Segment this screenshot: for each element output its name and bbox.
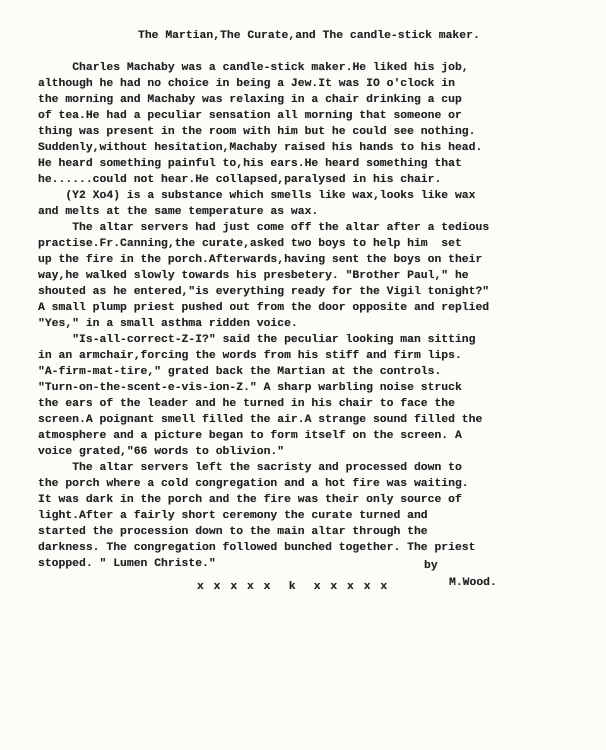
paragraph-machaby-intro: Charles Machaby was a candle-stick maker…	[38, 60, 588, 188]
story-body: Charles Machaby was a candle-stick maker…	[38, 60, 588, 572]
page-content: The Martian,The Curate,and The candle-st…	[38, 28, 588, 572]
paragraph-martian-controls: "Is-all-correct-Z-I?" said the peculiar …	[38, 332, 588, 460]
paragraph-altar-servers: The altar servers had just come off the …	[38, 220, 588, 332]
end-marker: x x x x x k x x x x x	[197, 579, 389, 595]
author-name: M.Wood.	[449, 575, 497, 591]
document-title: The Martian,The Curate,and The candle-st…	[138, 28, 588, 44]
byline-prefix: by	[424, 558, 438, 574]
paragraph-substance-note: (Y2 Xo4) is a substance which smells lik…	[38, 188, 588, 220]
typewritten-page: The Martian,The Curate,and The candle-st…	[0, 0, 606, 750]
paragraph-procession: The altar servers left the sacristy and …	[38, 460, 588, 572]
